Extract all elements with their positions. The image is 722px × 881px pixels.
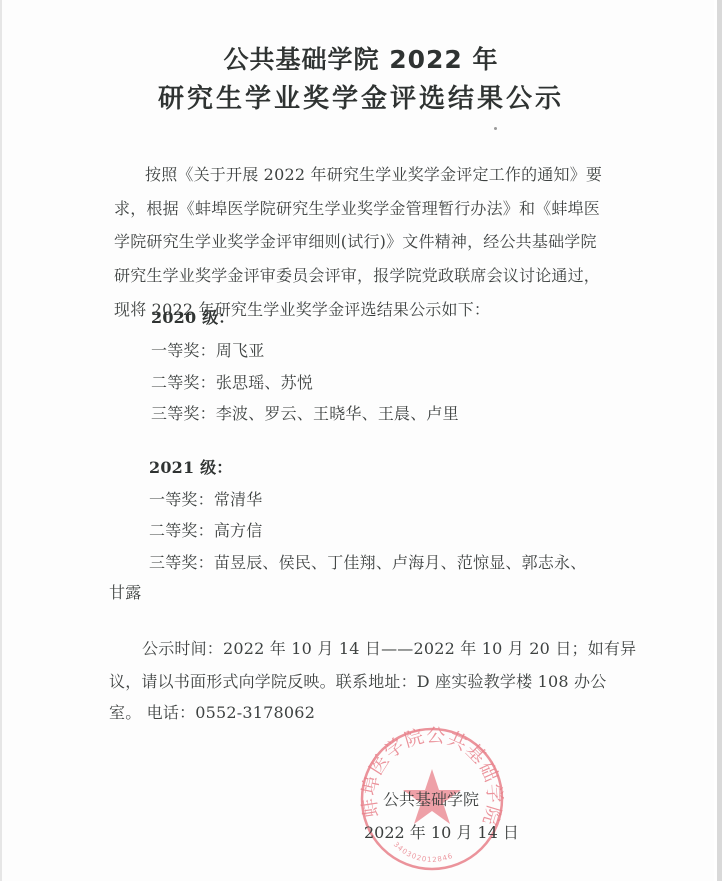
award-row-first: 一等奖：常清华 (149, 487, 262, 510)
award-names: 李波、罗云、王晓华、王晨、卢里 (216, 404, 459, 423)
award-level: 三等奖： (149, 553, 214, 572)
signature-date: 2022 年 10 月 14 日 (364, 820, 519, 843)
award-row-third-continuation: 甘露 (109, 580, 141, 603)
notice-line-2: 议，请以书面形式向学院反映。联系地址：D 座实验教学楼 108 办公 (109, 669, 606, 692)
scan-speck (494, 127, 497, 130)
award-names: 张思瑶、苏悦 (216, 373, 313, 392)
award-names: 高方信 (214, 521, 263, 540)
award-level: 一等奖： (151, 341, 216, 360)
award-level: 二等奖： (149, 521, 214, 540)
page-right-edge (717, 0, 722, 881)
award-row-second: 二等奖：张思瑶、苏悦 (151, 370, 313, 393)
intro-line-4: 研究生学业奖学金评审委员会评审，报学院党政联席会议讨论通过， (114, 263, 600, 286)
award-row-first: 一等奖：周飞亚 (151, 338, 264, 361)
signature-org: 公共基础学院 (383, 787, 479, 810)
award-names: 周飞亚 (216, 341, 265, 360)
cohort-2020-heading: 2020 级： (151, 305, 235, 328)
title-line-2: 研究生学业奖学金评选结果公示 (0, 78, 722, 115)
cohort-2021-heading: 2021 级： (149, 455, 233, 478)
notice-line-3: 室。 电话：0552-3178062 (109, 700, 315, 723)
award-level: 二等奖： (151, 373, 216, 392)
award-row-third: 三等奖：苗昱辰、侯民、丁佳翔、卢海月、范惊显、郭志永、 (149, 550, 586, 573)
svg-text:340302012846: 340302012846 (392, 841, 455, 864)
award-level: 一等奖： (149, 490, 214, 509)
award-names: 苗昱辰、侯民、丁佳翔、卢海月、范惊显、郭志永、 (214, 553, 587, 572)
award-row-second: 二等奖：高方信 (149, 518, 262, 541)
award-level: 三等奖： (151, 404, 216, 423)
stamp-serial: 340302012846 (392, 841, 455, 864)
intro-line-1: 按照《关于开展 2022 年研究生学业奖学金评定工作的通知》要 (145, 162, 602, 185)
intro-line-3: 学院研究生学业奖学金评审细则(试行)》文件精神，经公共基础学院 (114, 229, 597, 252)
award-row-third: 三等奖：李波、罗云、王晓华、王晨、卢里 (151, 401, 459, 424)
title-line-1: 公共基础学院 2022 年 (0, 40, 722, 76)
award-names: 常清华 (214, 490, 263, 509)
notice-line-1: 公示时间：2022 年 10 月 14 日——2022 年 10 月 20 日；… (142, 636, 636, 659)
intro-line-2: 求，根据《蚌埠医学院研究生学业奖学金管理暂行办法》和《蚌埠医 (114, 196, 600, 219)
